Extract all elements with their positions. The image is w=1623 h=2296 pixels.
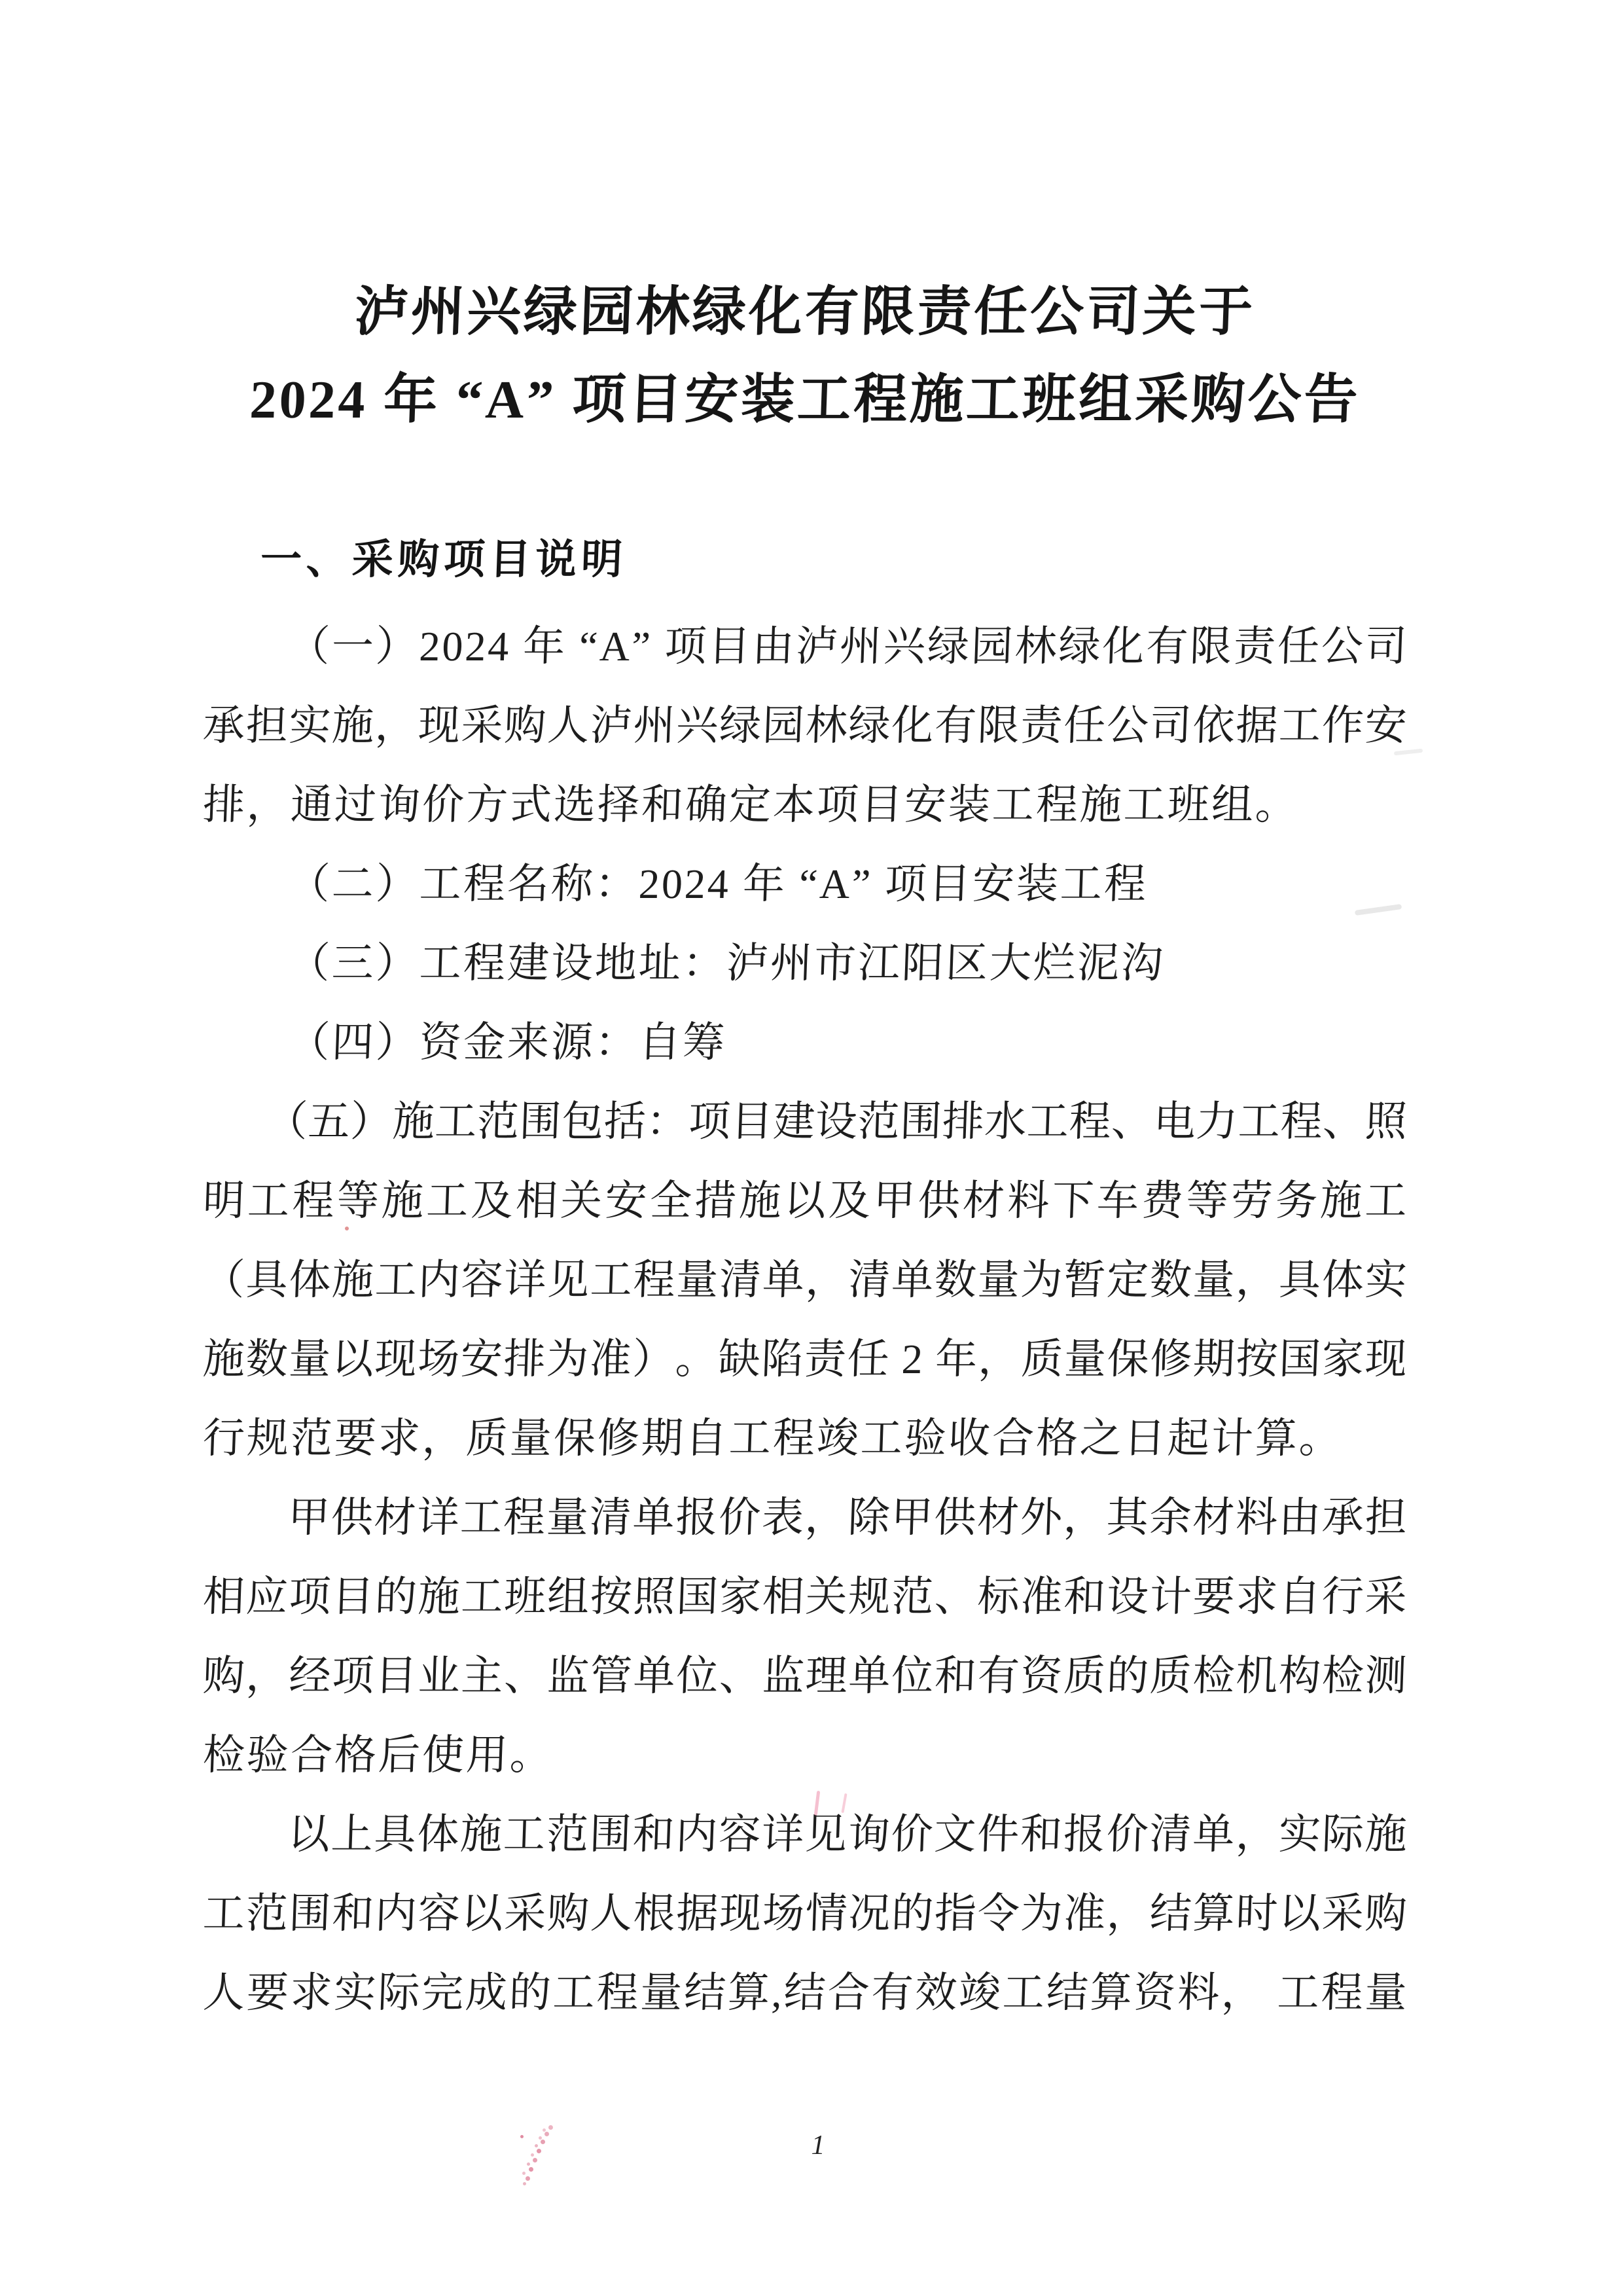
body-line-18: 人要求实际完成的工程量结算,结合有效竣工结算资料， 工程量 bbox=[202, 1953, 1408, 2032]
document-title: 泸州兴绿园林绿化有限责任公司关于 2024 年 “A” 项目安装工程施工班组采购… bbox=[203, 268, 1407, 444]
body-line-10: 施数量以现场安排为准）。缺陷责任 2 年，质量保修期按国家现 bbox=[202, 1319, 1408, 1399]
body-line-13: 相应项目的施工班组按照国家相关规范、标准和设计要求自行采 bbox=[202, 1557, 1408, 1636]
scan-artifact-pink-speckle bbox=[520, 2135, 524, 2138]
body-line-12: 甲供材详工程量清单报价表，除甲供材外，其余材料由承担 bbox=[202, 1478, 1408, 1557]
body-line-2: 承担实施，现采购人泸州兴绿园林绿化有限责任公司依据工作安 bbox=[202, 686, 1408, 765]
body-line-17: 工范围和内容以采购人根据现场情况的指令为准，结算时以采购 bbox=[202, 1874, 1408, 1953]
body-line-4: （二）工程名称：2024 年 “A” 项目安装工程 bbox=[202, 844, 1408, 924]
body-line-1: （一）2024 年 “A” 项目由泸州兴绿园林绿化有限责任公司 bbox=[202, 607, 1408, 686]
body-line-8: 明工程等施工及相关安全措施以及甲供材料下车费等劳务施工 bbox=[202, 1161, 1408, 1240]
body-line-3: 排，通过询价方式选择和确定本项目安装工程施工班组。 bbox=[202, 765, 1408, 844]
body-line-16: 以上具体施工范围和内容详见询价文件和报价清单，实际施 bbox=[202, 1795, 1408, 1874]
body-line-15: 检验合格后使用。 bbox=[202, 1715, 1408, 1795]
document-body: （一）2024 年 “A” 项目由泸州兴绿园林绿化有限责任公司 承担实施，现采购… bbox=[203, 607, 1407, 2032]
document-title-line-1: 泸州兴绿园林绿化有限责任公司关于 bbox=[202, 268, 1409, 356]
section-heading: 一、采购项目说明 bbox=[202, 529, 1408, 590]
scanned-document-page: 泸州兴绿园林绿化有限责任公司关于 2024 年 “A” 项目安装工程施工班组采购… bbox=[0, 0, 1623, 2296]
body-line-14: 购，经项目业主、监管单位、监理单位和有资质的质检机构检测 bbox=[202, 1636, 1408, 1715]
body-line-5: （三）工程建设地址：泸州市江阳区大烂泥沟 bbox=[202, 924, 1408, 1003]
page-number: 1 bbox=[779, 2126, 857, 2165]
document-title-line-2: 2024 年 “A” 项目安装工程施工班组采购公告 bbox=[202, 356, 1409, 444]
document-content: 泸州兴绿园林绿化有限责任公司关于 2024 年 “A” 项目安装工程施工班组采购… bbox=[203, 0, 1407, 2032]
body-line-6: （四）资金来源：自筹 bbox=[202, 1003, 1408, 1082]
body-line-7: （五）施工范围包括：项目建设范围排水工程、电力工程、照 bbox=[202, 1082, 1408, 1161]
body-line-11: 行规范要求，质量保修期自工程竣工验收合格之日起计算。 bbox=[202, 1399, 1408, 1478]
body-line-9: （具体施工内容详见工程量清单，清单数量为暂定数量，具体实 bbox=[202, 1240, 1408, 1319]
